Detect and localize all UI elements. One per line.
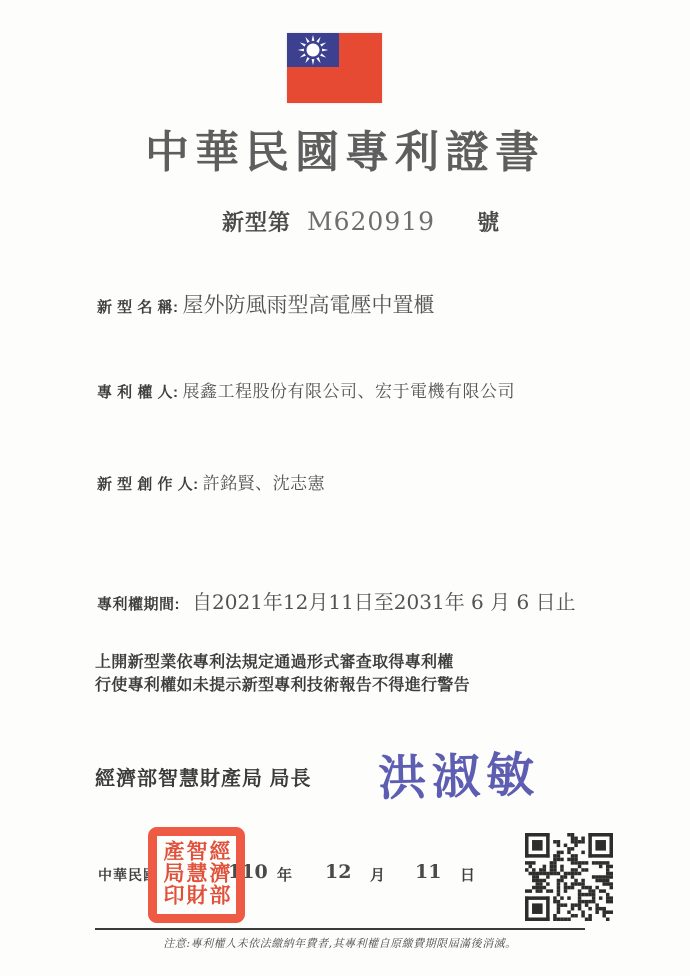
patent-number: M620919 <box>307 207 435 236</box>
date-month-unit: 月 <box>370 864 385 885</box>
field-value: 屋外防風雨型高電壓中置櫃 <box>183 289 435 319</box>
field-label: 專利權期間: <box>97 593 180 614</box>
number-suffix: 號 <box>477 206 500 237</box>
field-label: 專 利 權 人: <box>97 381 179 402</box>
field-patentee: 專 利 權 人: 展鑫工程股份有限公司、宏于電機有限公司 <box>97 377 515 402</box>
field-label: 新 型 名 稱: <box>97 296 179 317</box>
roc-flag <box>287 33 382 103</box>
footer-divider <box>95 928 585 930</box>
certificate-number-line: 新型第 M620919 號 <box>222 206 500 237</box>
statement-line-2: 行使專利權如未提示新型專利技術報告不得進行警告 <box>95 674 470 697</box>
field-label: 新 型 創 作 人: <box>97 473 199 494</box>
field-utility-model-name: 新 型 名 稱: 屋外防風雨型高電壓中置櫃 <box>97 289 435 319</box>
certificate-title: 中華民國專利證書 <box>0 116 690 180</box>
official-seal-stamp: 經濟部智慧財產局印 <box>148 827 245 923</box>
issuer-title: 經濟部智慧財產局 局長 <box>95 762 312 791</box>
legal-statement: 上開新型業依專利法規定通過形式審查取得專利權 行使專利權如未提示新型專利技術報告… <box>95 651 470 697</box>
qr-code <box>525 832 613 922</box>
seal-text: 經濟部智慧財產局印 <box>162 840 231 910</box>
field-value: 許銘賢、沈志憲 <box>203 469 326 494</box>
date-month: 12 <box>325 861 351 883</box>
white-sun-icon <box>287 33 339 67</box>
patent-certificate-page: 中華民國專利證書 新型第 M620919 號 新 型 名 稱: 屋外防風雨型高電… <box>0 0 690 976</box>
field-value: 展鑫工程股份有限公司、宏于電機有限公司 <box>183 377 516 402</box>
date-day: 11 <box>415 861 441 883</box>
number-prefix: 新型第 <box>222 206 291 237</box>
field-patent-term: 專利權期間: 自2021年12月11日至2031年 6 月 6 日止 <box>97 586 576 615</box>
statement-line-1: 上開新型業依專利法規定通過形式審查取得專利權 <box>95 651 470 674</box>
date-year-unit: 年 <box>277 864 292 885</box>
flag-canton <box>287 33 339 67</box>
footnote: 注意:專利權人未依法繳納年費者,其專利權自原繳費期限屆滿後消滅。 <box>95 935 585 951</box>
date-day-unit: 日 <box>460 864 475 885</box>
director-signature: 洪淑敏 <box>377 736 541 809</box>
field-value: 自2021年12月11日至2031年 6 月 6 日止 <box>192 586 576 615</box>
field-creators: 新 型 創 作 人: 許銘賢、沈志憲 <box>97 469 325 494</box>
